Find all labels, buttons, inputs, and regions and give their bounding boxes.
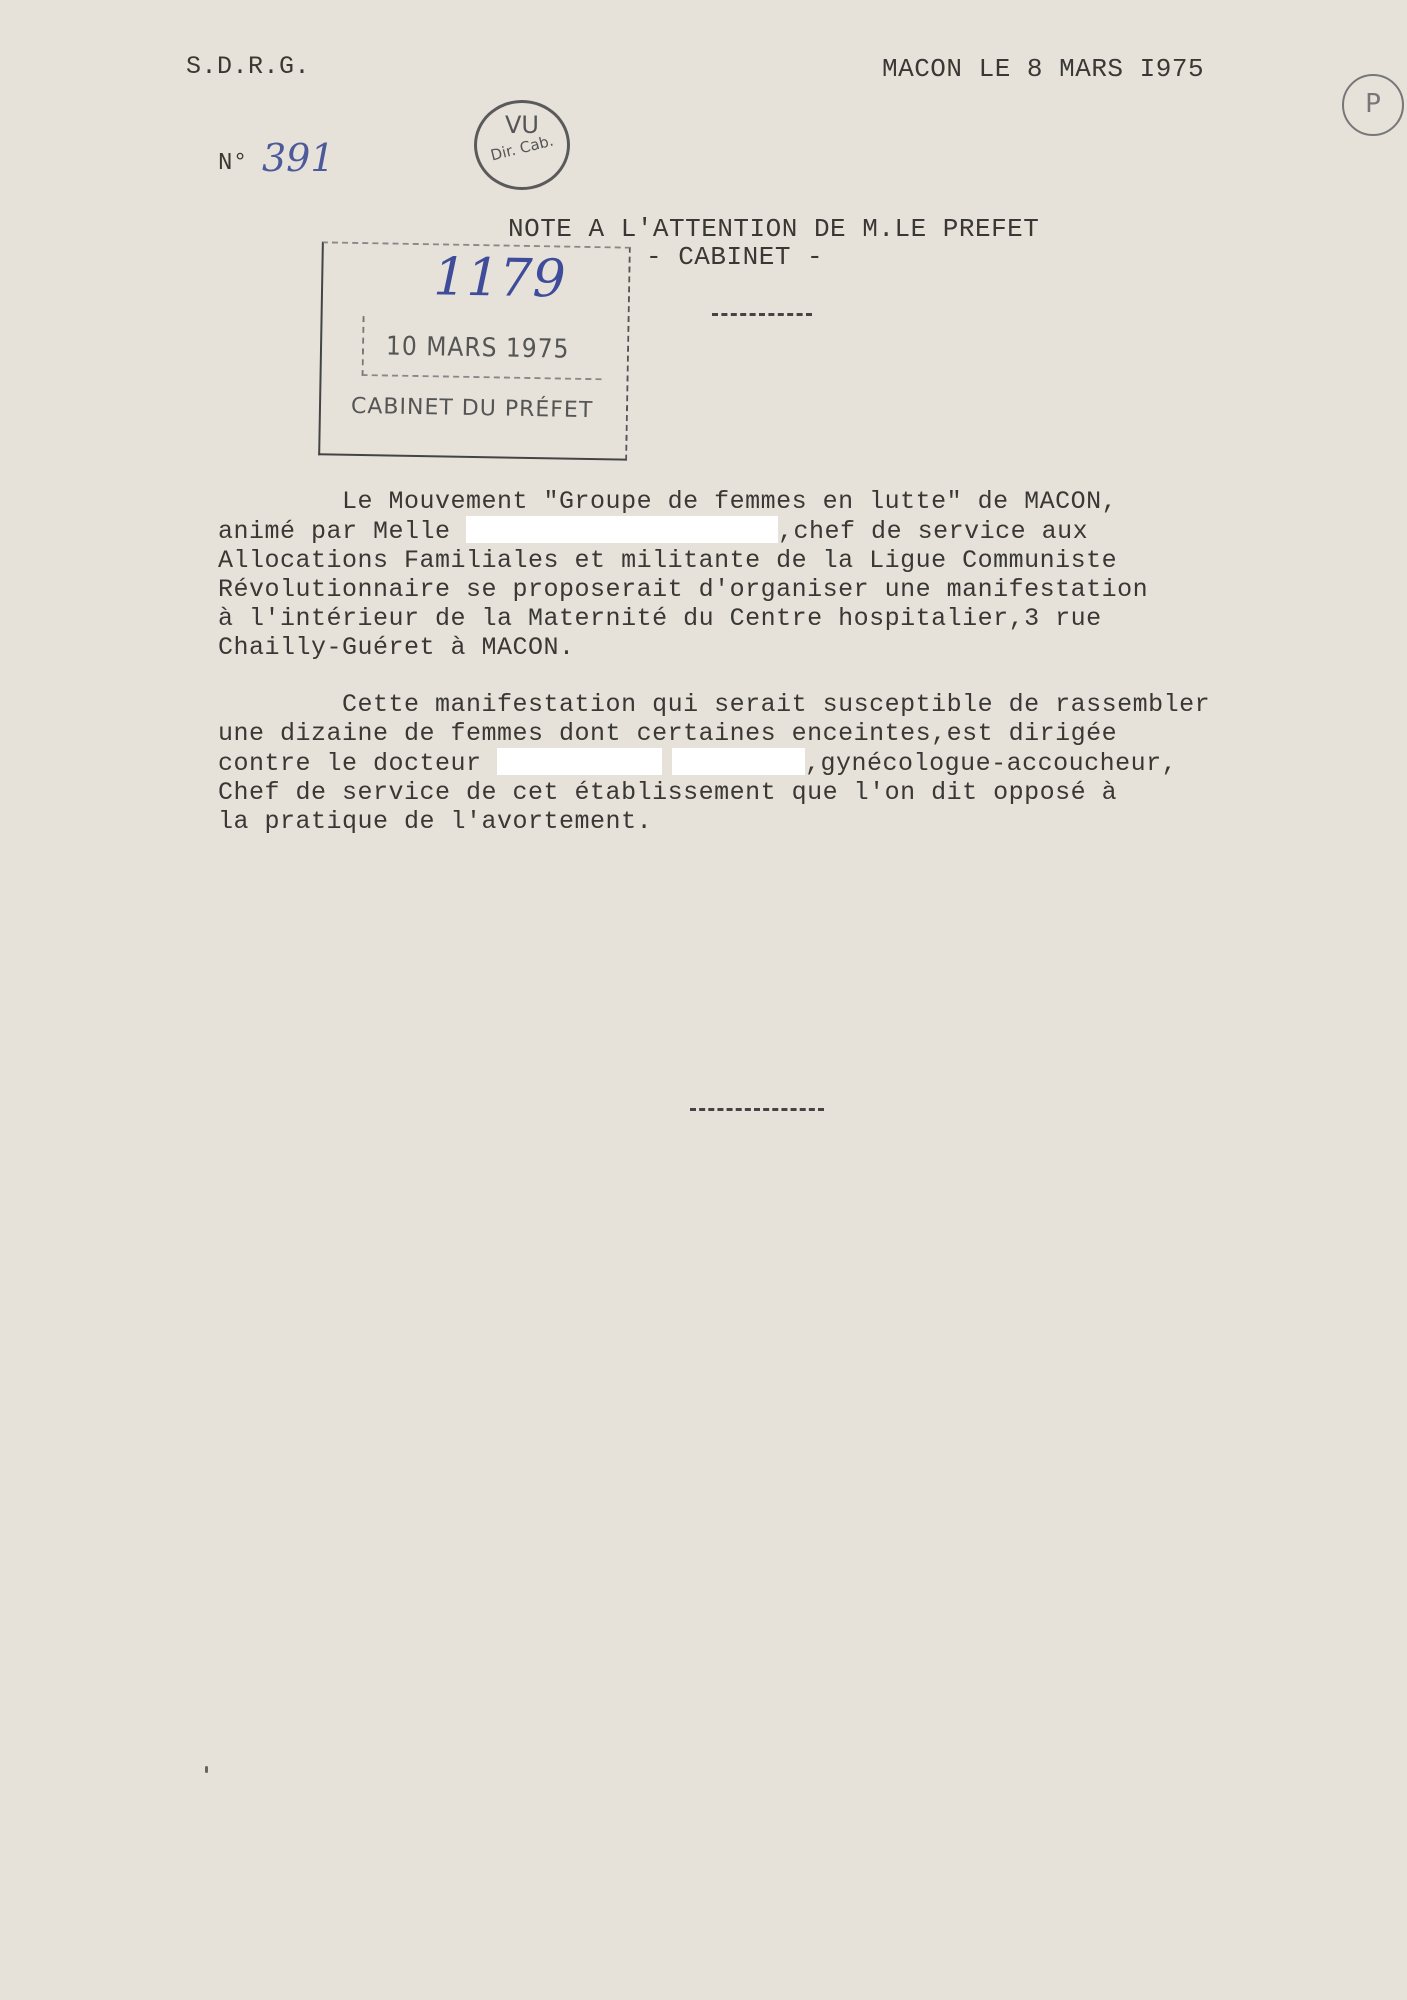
paragraph-1: Le Mouvement "Groupe de femmes en lutte"… bbox=[218, 487, 1148, 662]
p2-line-4: Chef de service de cet établissement que… bbox=[218, 778, 1117, 807]
registry-number: 1179 bbox=[433, 247, 566, 309]
p1-line-1: Le Mouvement "Groupe de femmes en lutte"… bbox=[218, 487, 1117, 516]
redaction-name-3 bbox=[672, 748, 805, 775]
p-stamp: P bbox=[1342, 74, 1404, 136]
vu-stamp: VU Dir. Cab. bbox=[474, 100, 570, 190]
registry-office: CABINET DU PRÉFET bbox=[351, 394, 594, 423]
registry-stamp: 1179 10 MARS 1975 CABINET DU PRÉFET bbox=[318, 241, 631, 460]
note-title: NOTE A L'ATTENTION DE M.LE PREFET bbox=[508, 214, 1039, 244]
number-label: N° bbox=[218, 150, 248, 177]
p1-line-3: Allocations Familiales et militante de l… bbox=[218, 546, 1117, 575]
place-date: MACON LE 8 MARS I975 bbox=[882, 54, 1204, 84]
p1-line-5: à l'intérieur de la Maternité du Centre … bbox=[218, 604, 1102, 633]
p1-line-2a: animé par Melle bbox=[218, 517, 466, 546]
p2-line-3a: contre le docteur bbox=[218, 749, 497, 778]
p2-line-3b: ,gynécologue-accoucheur, bbox=[805, 749, 1177, 778]
closing-separator bbox=[690, 1108, 824, 1111]
p1-line-2b: ,chef de service aux bbox=[778, 517, 1088, 546]
p2-line-2: une dizaine de femmes dont certaines enc… bbox=[218, 719, 1117, 748]
p2-line-5: la pratique de l'avortement. bbox=[218, 807, 652, 836]
paper-speck bbox=[205, 1766, 208, 1773]
p2-line-1: Cette manifestation qui serait susceptib… bbox=[218, 690, 1210, 719]
service-header: S.D.R.G. bbox=[186, 52, 310, 81]
title-separator bbox=[712, 313, 812, 316]
p1-line-4: Révolutionnaire se proposerait d'organis… bbox=[218, 575, 1148, 604]
note-subtitle: - CABINET - bbox=[646, 242, 823, 272]
p1-line-6: Chailly-Guéret à MACON. bbox=[218, 633, 575, 662]
paragraph-2: Cette manifestation qui serait susceptib… bbox=[218, 690, 1210, 836]
handwritten-number: 391 bbox=[262, 136, 335, 180]
redaction-name-1 bbox=[466, 516, 778, 543]
registry-date: 10 MARS 1975 bbox=[362, 316, 603, 380]
redaction-name-2 bbox=[497, 748, 662, 775]
